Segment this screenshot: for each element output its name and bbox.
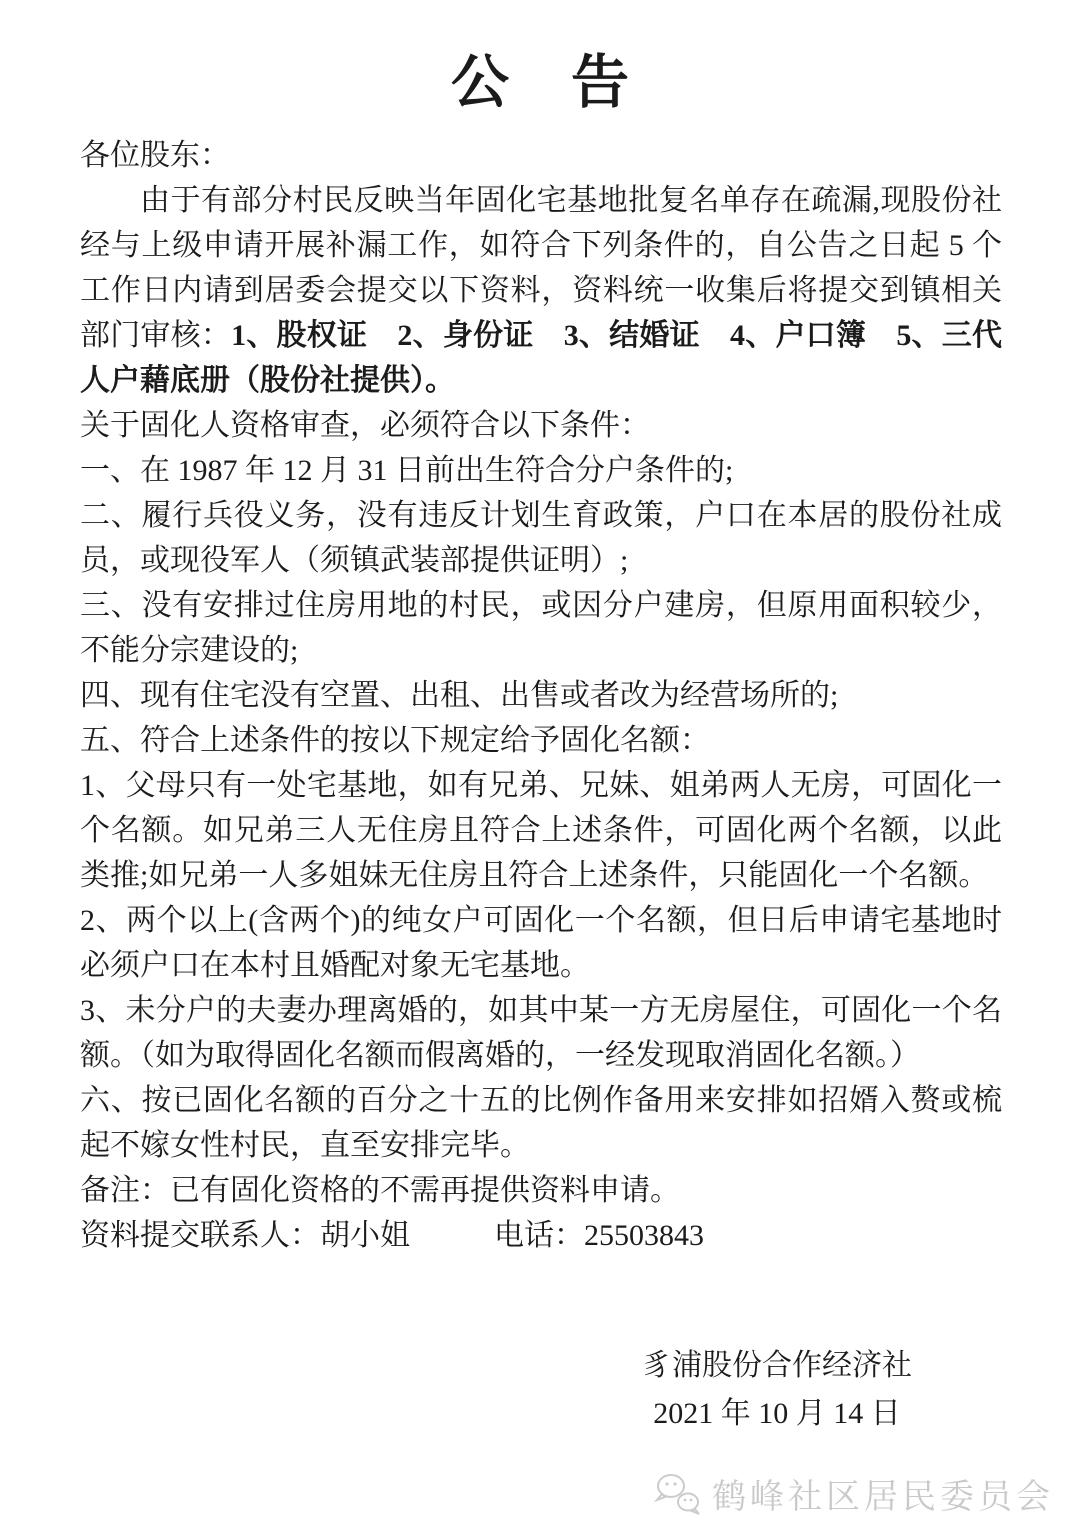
- condition-item-4: 四、现有住宅没有空置、出租、出售或者改为经营场所的;: [80, 673, 1002, 718]
- contact-phone: 电话：25503843: [494, 1219, 704, 1252]
- contact-person: 资料提交联系人：胡小姐: [80, 1219, 410, 1252]
- page-title: 公 告: [80, 50, 1002, 117]
- condition-item-5: 五、符合上述条件的按以下规定给予固化名额：: [80, 718, 1002, 763]
- quota-rule-3: 3、未分户的夫妻办理离婚的，如其中某一方无房屋住，可固化一个名额。（如为取得固化…: [80, 988, 1002, 1078]
- section-heading: 关于固化人资格审查，必须符合以下条件：: [80, 403, 1002, 448]
- quota-rule-1: 1、父母只有一处宅基地，如有兄弟、兄妹、姐弟两人无房，可固化一个名额。如兄弟三人…: [80, 763, 1002, 898]
- quota-rule-2: 2、两个以上(含两个)的纯女户可固化一个名额，但日后申请宅基地时必须户口在本村且…: [80, 898, 1002, 988]
- watermark: 鹤峰社区居民委员会: [652, 1469, 1054, 1518]
- remark-note: 备注：已有固化资格的不需再提供资料申请。: [80, 1168, 1002, 1213]
- contact-row: 资料提交联系人：胡小姐电话：25503843: [80, 1213, 1002, 1258]
- signature-organization: 豸浦股份合作经济社: [642, 1342, 912, 1390]
- wechat-bubbles-icon: [652, 1472, 704, 1516]
- watermark-text: 鹤峰社区居民委员会: [712, 1469, 1054, 1518]
- condition-item-6: 六、按已固化名额的百分之十五的比例作备用来安排如招婿入赘或梳起不嫁女性村民，直至…: [80, 1078, 1002, 1168]
- condition-item-1: 一、在 1987 年 12 月 31 日前出生符合分户条件的;: [80, 448, 1002, 493]
- intro-paragraph: 由于有部分村民反映当年固化宅基地批复名单存在疏漏,现股份社经与上级申请开展补漏工…: [80, 178, 1002, 403]
- condition-item-2: 二、履行兵役义务，没有违反计划生育政策，户口在本居的股份社成员，或现役军人（须镇…: [80, 493, 1002, 583]
- notice-document: 公 告 各位股东： 由于有部分村民反映当年固化宅基地批复名单存在疏漏,现股份社经…: [0, 0, 1080, 1438]
- signature-date: 2021 年 10 月 14 日: [642, 1390, 912, 1438]
- signature-block: 豸浦股份合作经济社 2021 年 10 月 14 日: [642, 1342, 912, 1438]
- condition-item-3: 三、没有安排过住房用地的村民，或因分户建房，但原用面积较少，不能分宗建设的;: [80, 583, 1002, 673]
- salutation: 各位股东：: [80, 133, 1002, 178]
